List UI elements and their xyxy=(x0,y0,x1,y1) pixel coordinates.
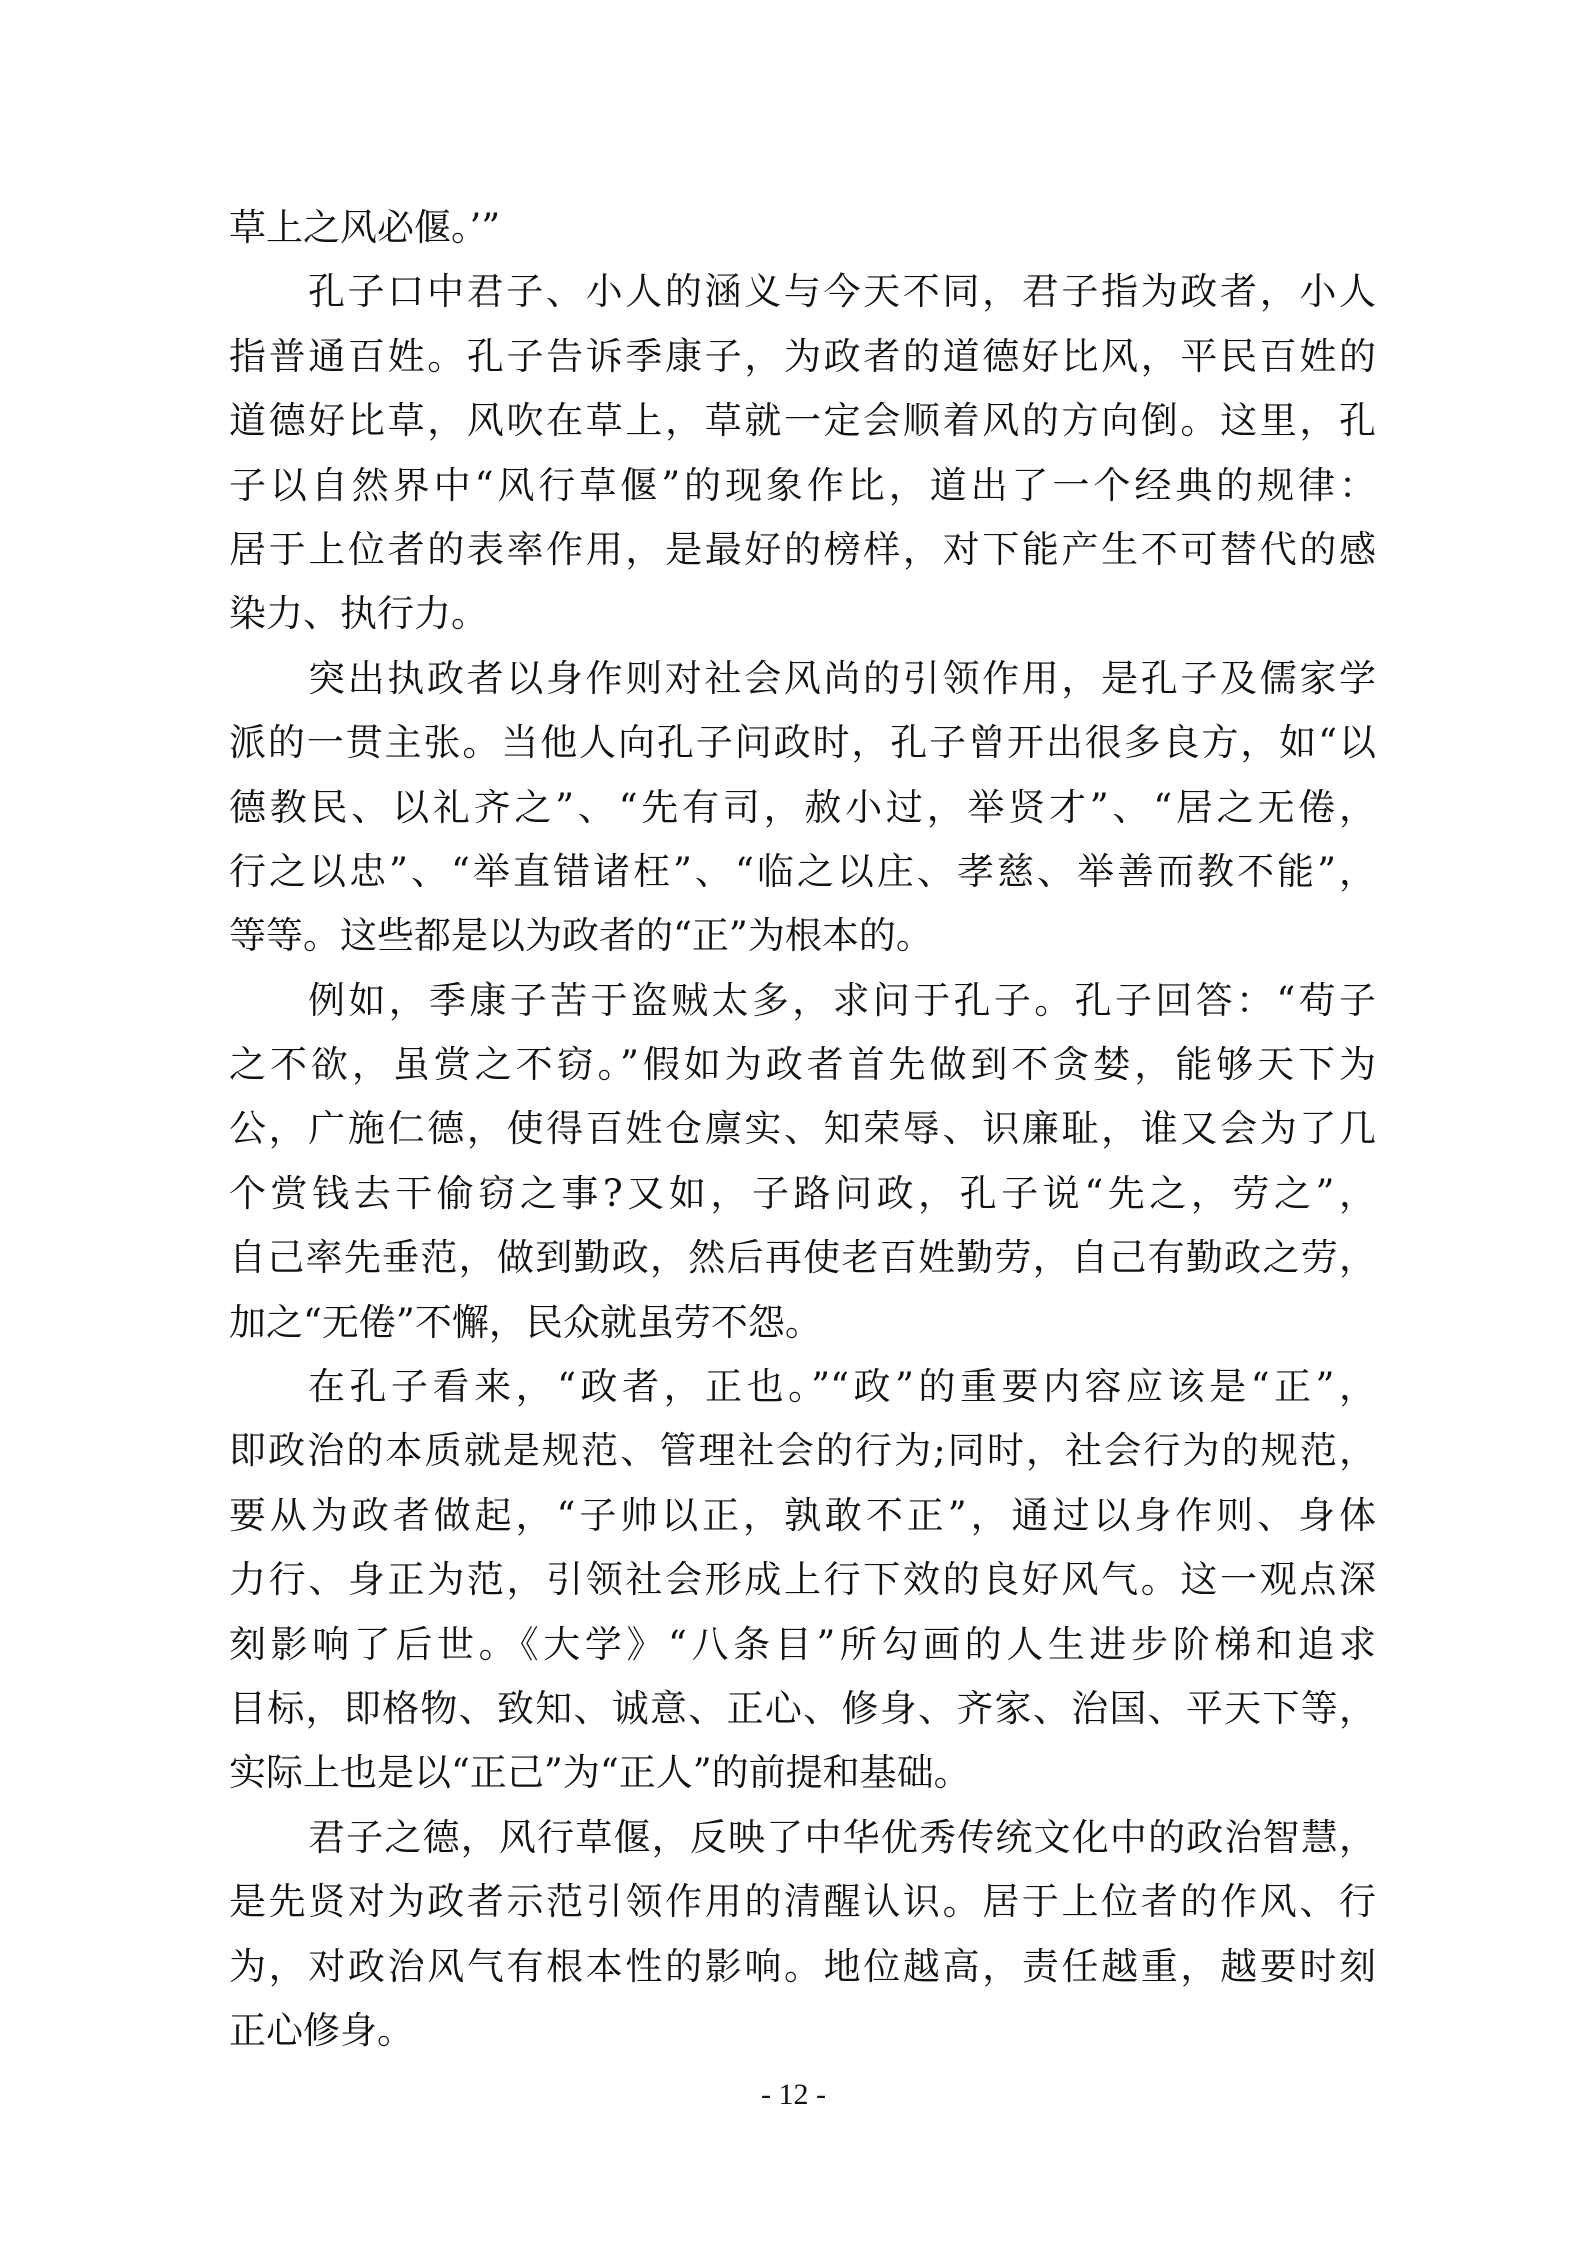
text-line: 道德好比草，风吹在草上，草就一定会顺着风的方向倒。这里，孔 xyxy=(229,389,1376,453)
text-line: 子以自然界中“风行草偃”的现象作比，道出了一个经典的规律： xyxy=(229,454,1376,518)
text-line: 刻影响了后世。《大学》“八条目”所勾画的人生进步阶梯和追求 xyxy=(229,1613,1376,1677)
text-line: 正心修身。 xyxy=(229,1999,1376,2063)
text-line: 在孔子看来，“政者，正也。”“政”的重要内容应该是“正”， xyxy=(229,1355,1376,1419)
text-line: 例如，季康子苦于盗贼太多，求问于孔子。孔子回答：“苟子 xyxy=(229,969,1376,1033)
paragraph-examples: 例如，季康子苦于盗贼太多，求问于孔子。孔子回答：“苟子 之不欲，虽赏之不窃。”假… xyxy=(229,969,1376,1355)
text-line: 草上之风必偃。’” xyxy=(229,196,1376,260)
text-line: 公，广施仁德，使得百姓仓廪实、知荣辱、识廉耻，谁又会为了几 xyxy=(229,1097,1376,1161)
text-line: 目标，即格物、致知、诚意、正心、修身、齐家、治国、平天下等， xyxy=(229,1677,1376,1741)
text-line: 要从为政者做起，“子帅以正，孰敢不正”，通过以身作则、身体 xyxy=(229,1484,1376,1548)
paragraph-conclusion: 君子之德，风行草偃，反映了中华优秀传统文化中的政治智慧， 是先贤对为政者示范引领… xyxy=(229,1806,1376,2064)
text-line: 实际上也是以“正己”为“正人”的前提和基础。 xyxy=(229,1741,1376,1805)
text-line: 行之以忠”、“举直错诸枉”、“临之以庄、孝慈、举善而教不能”， xyxy=(229,840,1376,904)
text-line: 德教民、以礼齐之”、“先有司，赦小过，举贤才”、“居之无倦， xyxy=(229,776,1376,840)
text-line: 派的一贯主张。当他人向孔子问政时，孔子曾开出很多良方，如“以 xyxy=(229,711,1376,775)
text-line: 居于上位者的表率作用，是最好的榜样，对下能产生不可替代的感 xyxy=(229,518,1376,582)
document-page: 草上之风必偃。’” 孔子口中君子、小人的涵义与今天不同，君子指为政者，小人 指普… xyxy=(0,0,1587,2245)
paragraph-continuation: 草上之风必偃。’” xyxy=(229,196,1376,260)
paragraph-confucian-advocacy: 突出执政者以身作则对社会风尚的引领作用，是孔子及儒家学 派的一贯主张。当他人向孔… xyxy=(229,647,1376,969)
text-line: 个赏钱去干偷窃之事?又如，子路问政，孔子说“先之，劳之”， xyxy=(229,1162,1376,1226)
text-line: 之不欲，虽赏之不窃。”假如为政者首先做到不贪婪，能够天下为 xyxy=(229,1033,1376,1097)
text-line: 为，对政治风气有根本性的影响。地位越高，责任越重，越要时刻 xyxy=(229,1935,1376,1999)
text-line: 突出执政者以身作则对社会风尚的引领作用，是孔子及儒家学 xyxy=(229,647,1376,711)
text-line: 即政治的本质就是规范、管理社会的行为;同时，社会行为的规范， xyxy=(229,1419,1376,1483)
text-line: 等等。这些都是以为政者的“正”为根本的。 xyxy=(229,904,1376,968)
paragraph-zheng-zhe-zheng-ye: 在孔子看来，“政者，正也。”“政”的重要内容应该是“正”， 即政治的本质就是规范… xyxy=(229,1355,1376,1806)
text-line: 力行、身正为范，引领社会形成上行下效的良好风气。这一观点深 xyxy=(229,1548,1376,1612)
paragraph-junzi-xiaoren: 孔子口中君子、小人的涵义与今天不同，君子指为政者，小人 指普通百姓。孔子告诉季康… xyxy=(229,260,1376,646)
text-line: 自己率先垂范，做到勤政，然后再使老百姓勤劳，自己有勤政之劳， xyxy=(229,1226,1376,1290)
page-number: - 12 - xyxy=(0,2078,1587,2112)
text-line: 是先贤对为政者示范引领作用的清醒认识。居于上位者的作风、行 xyxy=(229,1870,1376,1934)
text-line: 君子之德，风行草偃，反映了中华优秀传统文化中的政治智慧， xyxy=(229,1806,1376,1870)
text-line: 加之“无倦”不懈，民众就虽劳不怨。 xyxy=(229,1291,1376,1355)
text-line: 孔子口中君子、小人的涵义与今天不同，君子指为政者，小人 xyxy=(229,260,1376,324)
body-text: 草上之风必偃。’” 孔子口中君子、小人的涵义与今天不同，君子指为政者，小人 指普… xyxy=(229,196,1376,2063)
text-line: 染力、执行力。 xyxy=(229,582,1376,646)
text-line: 指普通百姓。孔子告诉季康子，为政者的道德好比风，平民百姓的 xyxy=(229,325,1376,389)
